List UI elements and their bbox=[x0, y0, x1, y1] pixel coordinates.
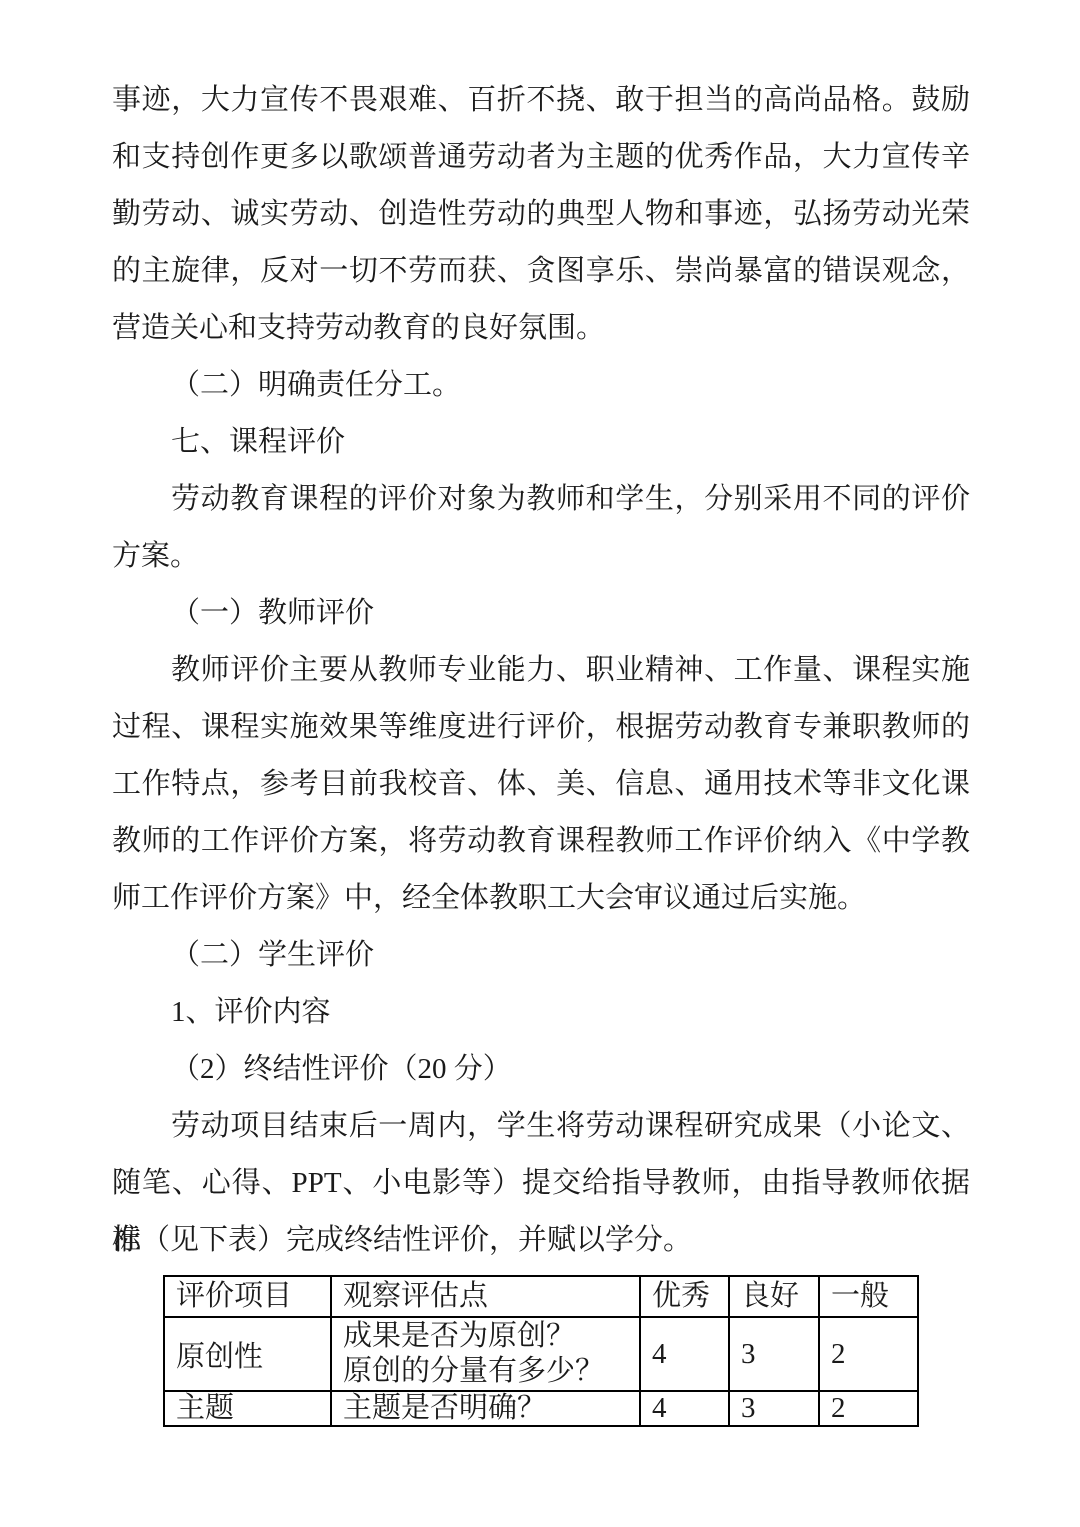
cell-score-average: 2 bbox=[819, 1317, 918, 1391]
header-cell-excellent: 优秀 bbox=[640, 1276, 729, 1317]
cell-score-average: 2 bbox=[819, 1391, 918, 1426]
text-line: 劳动教育课程的评价对象为教师和学生，分别采用不同的评价 bbox=[112, 471, 970, 528]
document-page: 事迹，大力宣传不畏艰难、百折不挠、敢于担当的高尚品格。鼓励 和支持创作更多以歌颂… bbox=[0, 0, 1080, 1527]
text-line: 准（见下表）完成终结性评价，并赋以学分。 bbox=[112, 1212, 970, 1269]
section-heading: （2）终结性评价（20 分） bbox=[112, 1041, 970, 1098]
cell-score-good: 3 bbox=[729, 1317, 819, 1391]
section-heading: 1、评价内容 bbox=[112, 984, 970, 1041]
cell-score-excellent: 4 bbox=[640, 1317, 729, 1391]
text-line: 教师的工作评价方案，将劳动教育课程教师工作评价纳入《中学教 bbox=[112, 813, 970, 870]
text-line: 方案。 bbox=[112, 528, 970, 585]
evaluation-table: 评价项目 观察评估点 优秀 良好 一般 原创性 成果是否为原创？ 原创的分量有多… bbox=[163, 1275, 919, 1427]
table-row: 原创性 成果是否为原创？ 原创的分量有多少？ 4 3 2 bbox=[164, 1317, 918, 1391]
table-header-row: 评价项目 观察评估点 优秀 良好 一般 bbox=[164, 1276, 918, 1317]
cell-points: 成果是否为原创？ 原创的分量有多少？ bbox=[331, 1317, 640, 1391]
header-cell-points: 观察评估点 bbox=[331, 1276, 640, 1317]
text-line: 的主旋律，反对一切不劳而获、贪图享乐、崇尚暴富的错误观念， bbox=[112, 243, 970, 300]
table-row: 主题 主题是否明确？ 4 3 2 bbox=[164, 1391, 918, 1426]
text-line: 勤劳动、诚实劳动、创造性劳动的典型人物和事迹，弘扬劳动光荣 bbox=[112, 186, 970, 243]
header-cell-good: 良好 bbox=[729, 1276, 819, 1317]
text-line: 师工作评价方案》中，经全体教职工大会审议通过后实施。 bbox=[112, 870, 970, 927]
section-heading: （一）教师评价 bbox=[112, 585, 970, 642]
cell-points: 主题是否明确？ bbox=[331, 1391, 640, 1426]
cell-score-good: 3 bbox=[729, 1391, 819, 1426]
text-line: 和支持创作更多以歌颂普通劳动者为主题的优秀作品，大力宣传辛 bbox=[112, 129, 970, 186]
text-line: 事迹，大力宣传不畏艰难、百折不挠、敢于担当的高尚品格。鼓励 bbox=[112, 72, 970, 129]
text-line: 教师评价主要从教师专业能力、职业精神、工作量、课程实施 bbox=[112, 642, 970, 699]
section-heading: （二）学生评价 bbox=[112, 927, 970, 984]
cell-point-line: 原创的分量有多少？ bbox=[343, 1354, 637, 1389]
text-line: 营造关心和支持劳动教育的良好氛围。 bbox=[112, 300, 970, 357]
cell-item: 原创性 bbox=[164, 1317, 331, 1391]
text-line: 过程、课程实施效果等维度进行评价，根据劳动教育专兼职教师的 bbox=[112, 699, 970, 756]
header-cell-item: 评价项目 bbox=[164, 1276, 331, 1317]
cell-score-excellent: 4 bbox=[640, 1391, 729, 1426]
text-line: 劳动项目结束后一周内，学生将劳动课程研究成果（小论文、 bbox=[112, 1098, 970, 1155]
cell-point-line: 成果是否为原创？ bbox=[343, 1319, 637, 1354]
section-heading: 七、课程评价 bbox=[112, 414, 970, 471]
cell-item: 主题 bbox=[164, 1391, 331, 1426]
text-line: （二）明确责任分工。 bbox=[112, 357, 970, 414]
text-line: 随笔、心得、PPT、小电影等）提交给指导教师，由指导教师依据标 bbox=[112, 1155, 970, 1212]
document-text-block: 事迹，大力宣传不畏艰难、百折不挠、敢于担当的高尚品格。鼓励 和支持创作更多以歌颂… bbox=[112, 72, 970, 1427]
header-cell-average: 一般 bbox=[819, 1276, 918, 1317]
text-line: 工作特点，参考目前我校音、体、美、信息、通用技术等非文化课 bbox=[112, 756, 970, 813]
